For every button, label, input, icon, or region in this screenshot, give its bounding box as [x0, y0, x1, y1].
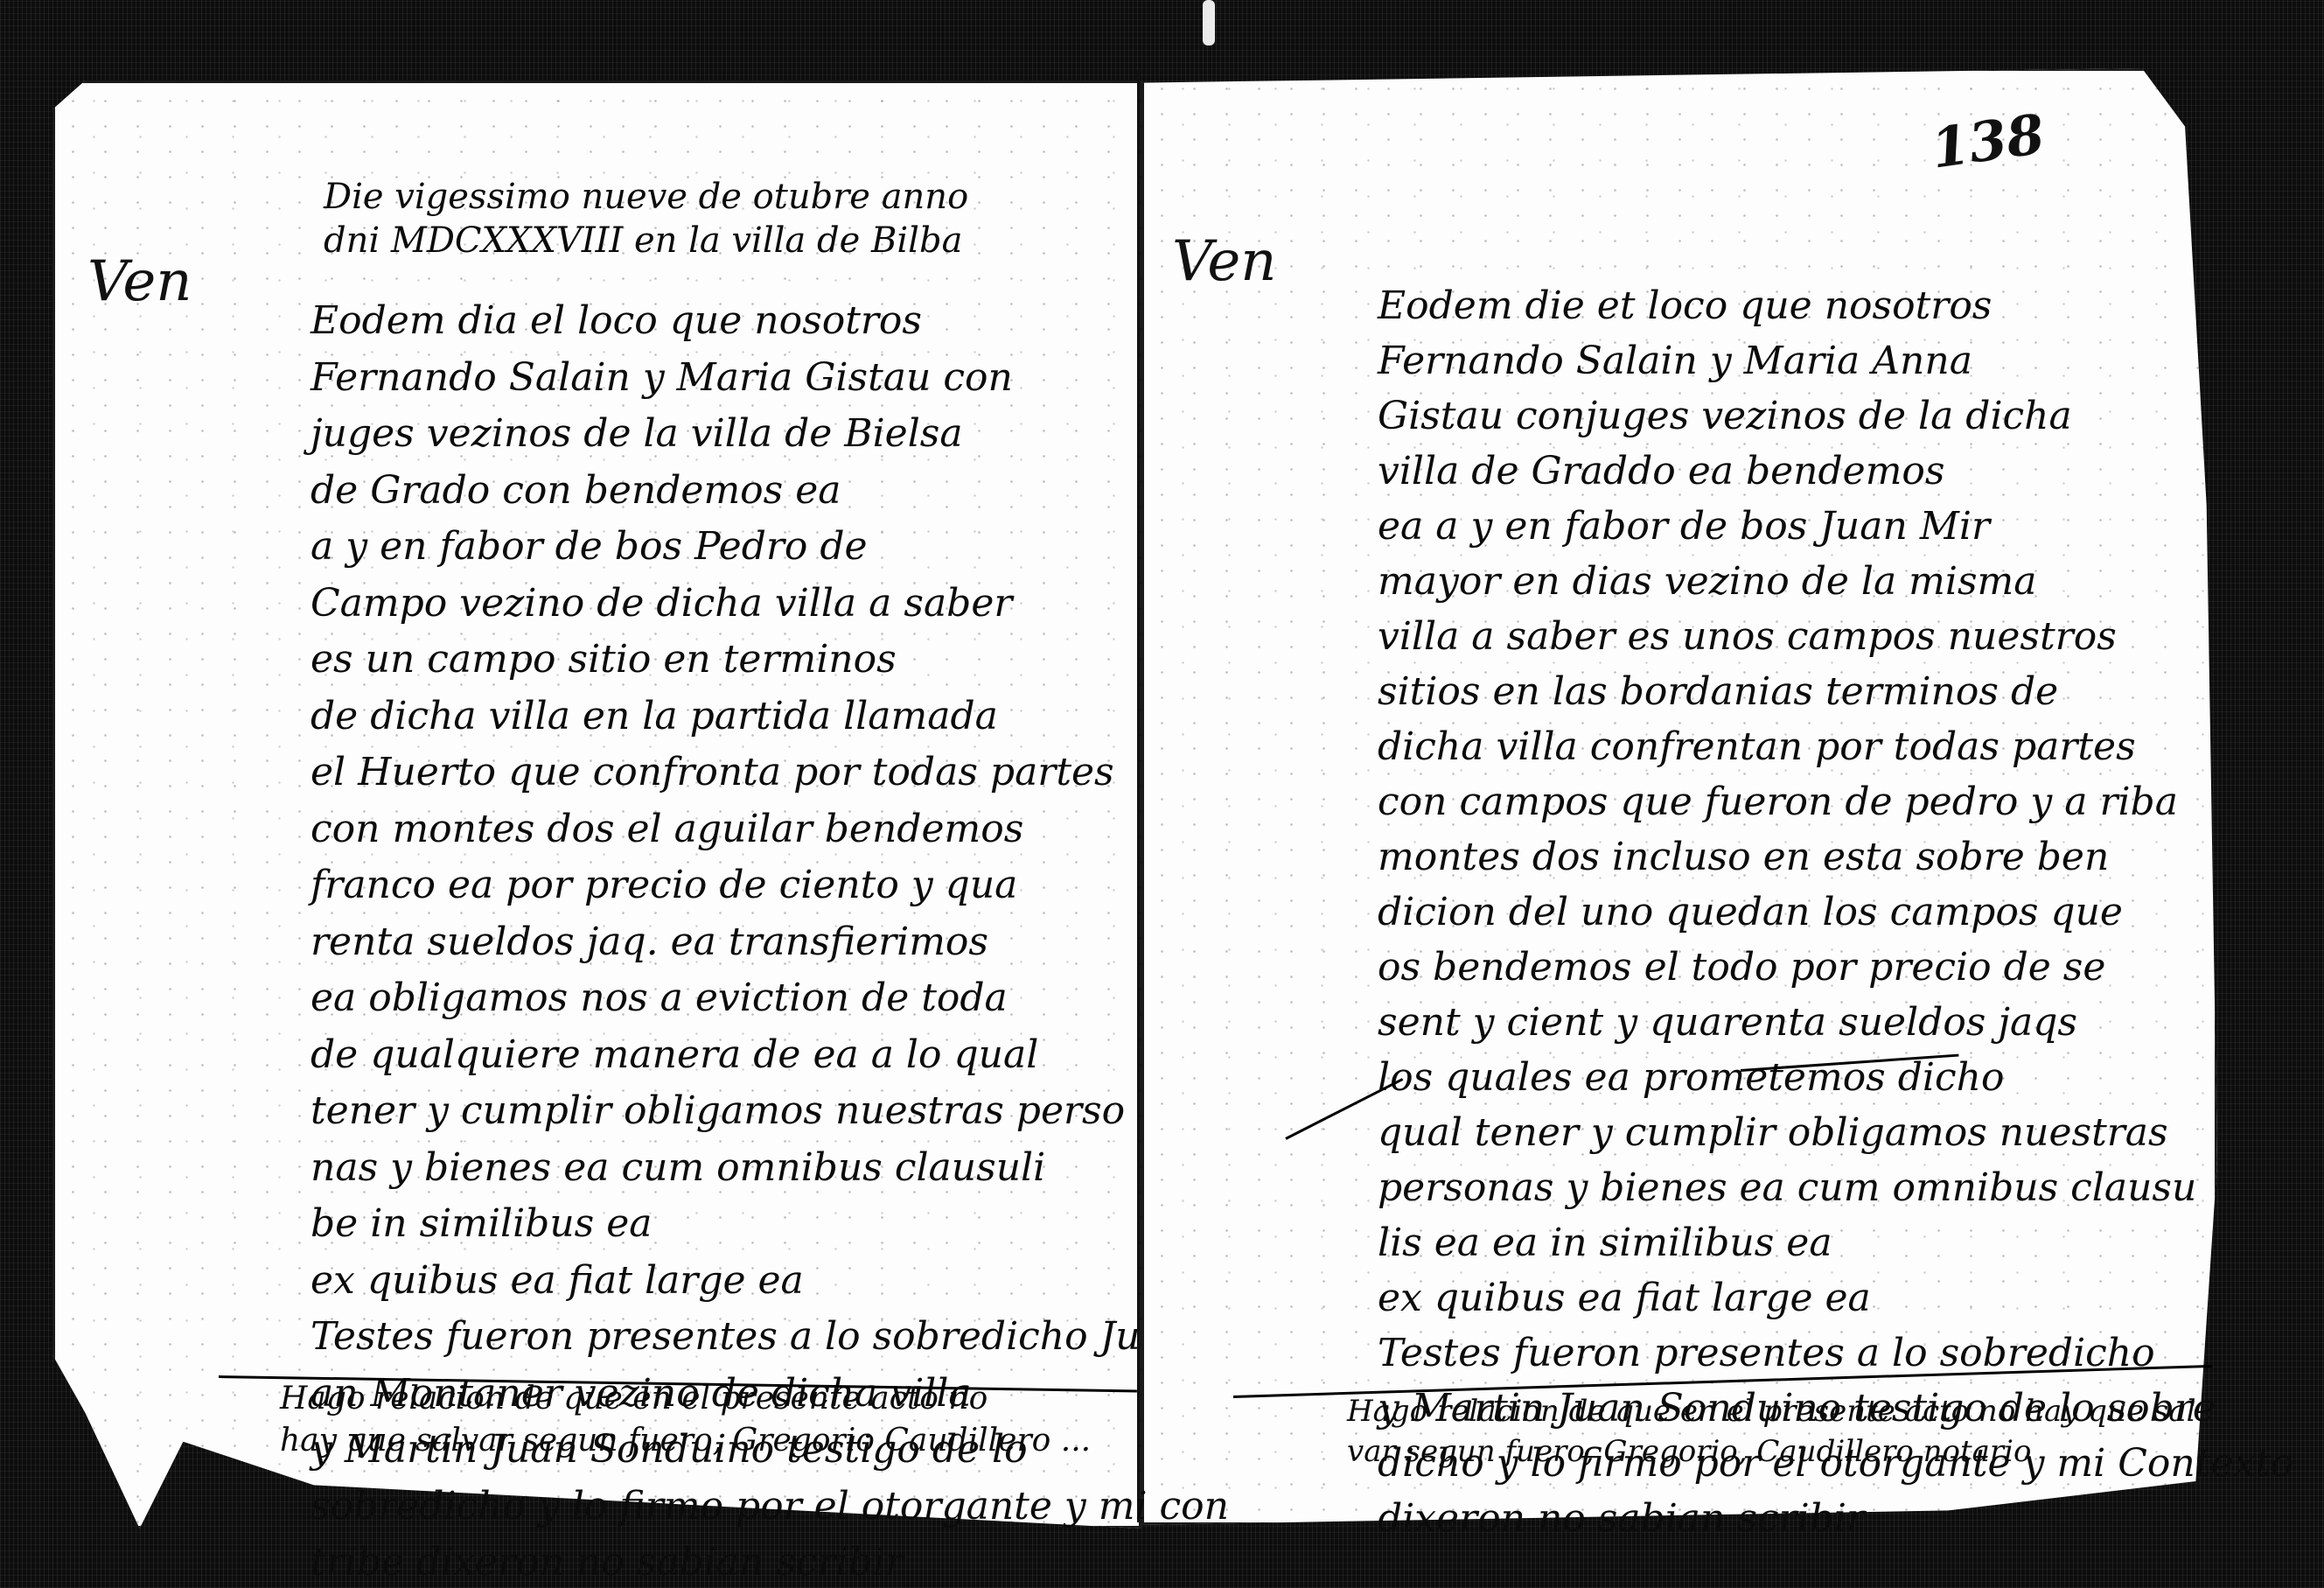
- footer-line: Hago relacion de que en el presente acto…: [1347, 1391, 2195, 1431]
- body-line: ex quibus ea fiat large ea: [1378, 1270, 2293, 1326]
- left-margin-note: Ven: [87, 249, 192, 314]
- body-line: villa de Graddo ea bendemos: [1378, 444, 2293, 499]
- body-line: tener y cumplir obligamos nuestras perso: [311, 1083, 1229, 1140]
- body-line: ea obligamos nos a eviction de toda: [311, 970, 1229, 1027]
- heading-line: Die vigessimo nueve de otubre anno: [324, 175, 968, 219]
- body-line: sent y cient y quarenta sueldos jaqs: [1378, 995, 2293, 1050]
- body-line: ea a y en fabor de bos Juan Mir: [1378, 499, 2293, 554]
- body-line: renta sueldos jaq. ea transfierimos: [311, 914, 1229, 971]
- body-line: dixeron no sabian scribir: [1378, 1491, 2293, 1546]
- left-page-heading: Die vigessimo nueve de otubre anno dni M…: [324, 175, 968, 262]
- body-line: Fernando Salain y Maria Anna: [1378, 333, 2293, 388]
- body-line: Eodem dia el loco que nosotros: [311, 293, 1229, 350]
- body-line: Campo vezino de dicha villa a saber: [311, 576, 1229, 633]
- body-line: con campos que fueron de pedro y a riba: [1378, 774, 2293, 829]
- body-line: Gistau conjuges vezinos de la dicha: [1378, 388, 2293, 444]
- body-line: con montes dos el aguilar bendemos: [311, 801, 1229, 858]
- body-line: be in similibus ea: [311, 1196, 1229, 1253]
- right-margin-note: Ven: [1172, 229, 1276, 294]
- body-line: qual tener y cumplir obligamos nuestras: [1378, 1105, 2293, 1160]
- body-line: montes dos incluso en esta sobre ben: [1378, 829, 2293, 885]
- manuscript-spread: 138 Ven Ven Die vigessimo nueve de otubr…: [0, 0, 2324, 1588]
- body-line: ex quibus ea fiat large ea: [311, 1253, 1229, 1310]
- body-line: Testes fueron presentes a lo sobredicho …: [311, 1309, 1229, 1366]
- body-line: villa a saber es unos campos nuestros: [1378, 609, 2293, 664]
- footer-line: Hago relacion de que en el presente acto…: [280, 1378, 1091, 1420]
- body-line: los quales ea prometemos dicho: [1378, 1050, 2293, 1105]
- body-line: mayor en dias vezino de la misma: [1378, 554, 2293, 609]
- right-page-footer: Hago relacion de que en el presente acto…: [1347, 1391, 2195, 1472]
- body-line: lis ea ea in similibus ea: [1378, 1215, 2293, 1270]
- body-line: dicha villa confrentan por todas partes: [1378, 719, 2293, 774]
- body-line: dicion del uno quedan los campos que: [1378, 885, 2293, 940]
- body-line: Testes fueron presentes a lo sobredicho: [1378, 1326, 2293, 1381]
- body-line: juges vezinos de la villa de Bielsa: [311, 406, 1229, 463]
- footer-line: var segun fuero, Gregorio, Caudillero no…: [1347, 1431, 2195, 1472]
- body-line: Eodem die et loco que nosotros: [1378, 278, 2293, 333]
- body-line: personas y bienes ea cum omnibus clausu: [1378, 1160, 2293, 1215]
- body-line: de qualquiere manera de ea a lo qual: [311, 1027, 1229, 1084]
- body-line: de Grado con bendemos ea: [311, 463, 1229, 520]
- body-line: Fernando Salain y Maria Gistau con: [311, 350, 1229, 407]
- body-line: tribe dixeron no sabian scribir: [311, 1535, 1229, 1588]
- footer-line: hay que salvar segun fuero, Gregorio Cau…: [280, 1420, 1091, 1462]
- body-line: nas y bienes ea cum omnibus clausuli: [311, 1140, 1229, 1197]
- body-line: a y en fabor de bos Pedro de: [311, 519, 1229, 576]
- body-line: el Huerto que confronta por todas partes: [311, 745, 1229, 801]
- body-line: franco ea por precio de ciento y qua: [311, 857, 1229, 914]
- left-page-footer: Hago relacion de que en el presente acto…: [280, 1378, 1091, 1462]
- heading-line: dni MDCXXXVIII en la villa de Bilba: [324, 219, 968, 262]
- body-line: sobredicho y lo firmo por el otorgante y…: [311, 1479, 1229, 1536]
- right-page-body: Eodem die et loco que nosotros Fernando …: [1378, 278, 2293, 1546]
- body-line: os bendemos el todo por precio de se: [1378, 940, 2293, 995]
- body-line: sitios en las bordanias terminos de: [1378, 664, 2293, 719]
- body-line: es un campo sitio en terminos: [311, 632, 1229, 689]
- body-line: de dicha villa en la partida llamada: [311, 689, 1229, 745]
